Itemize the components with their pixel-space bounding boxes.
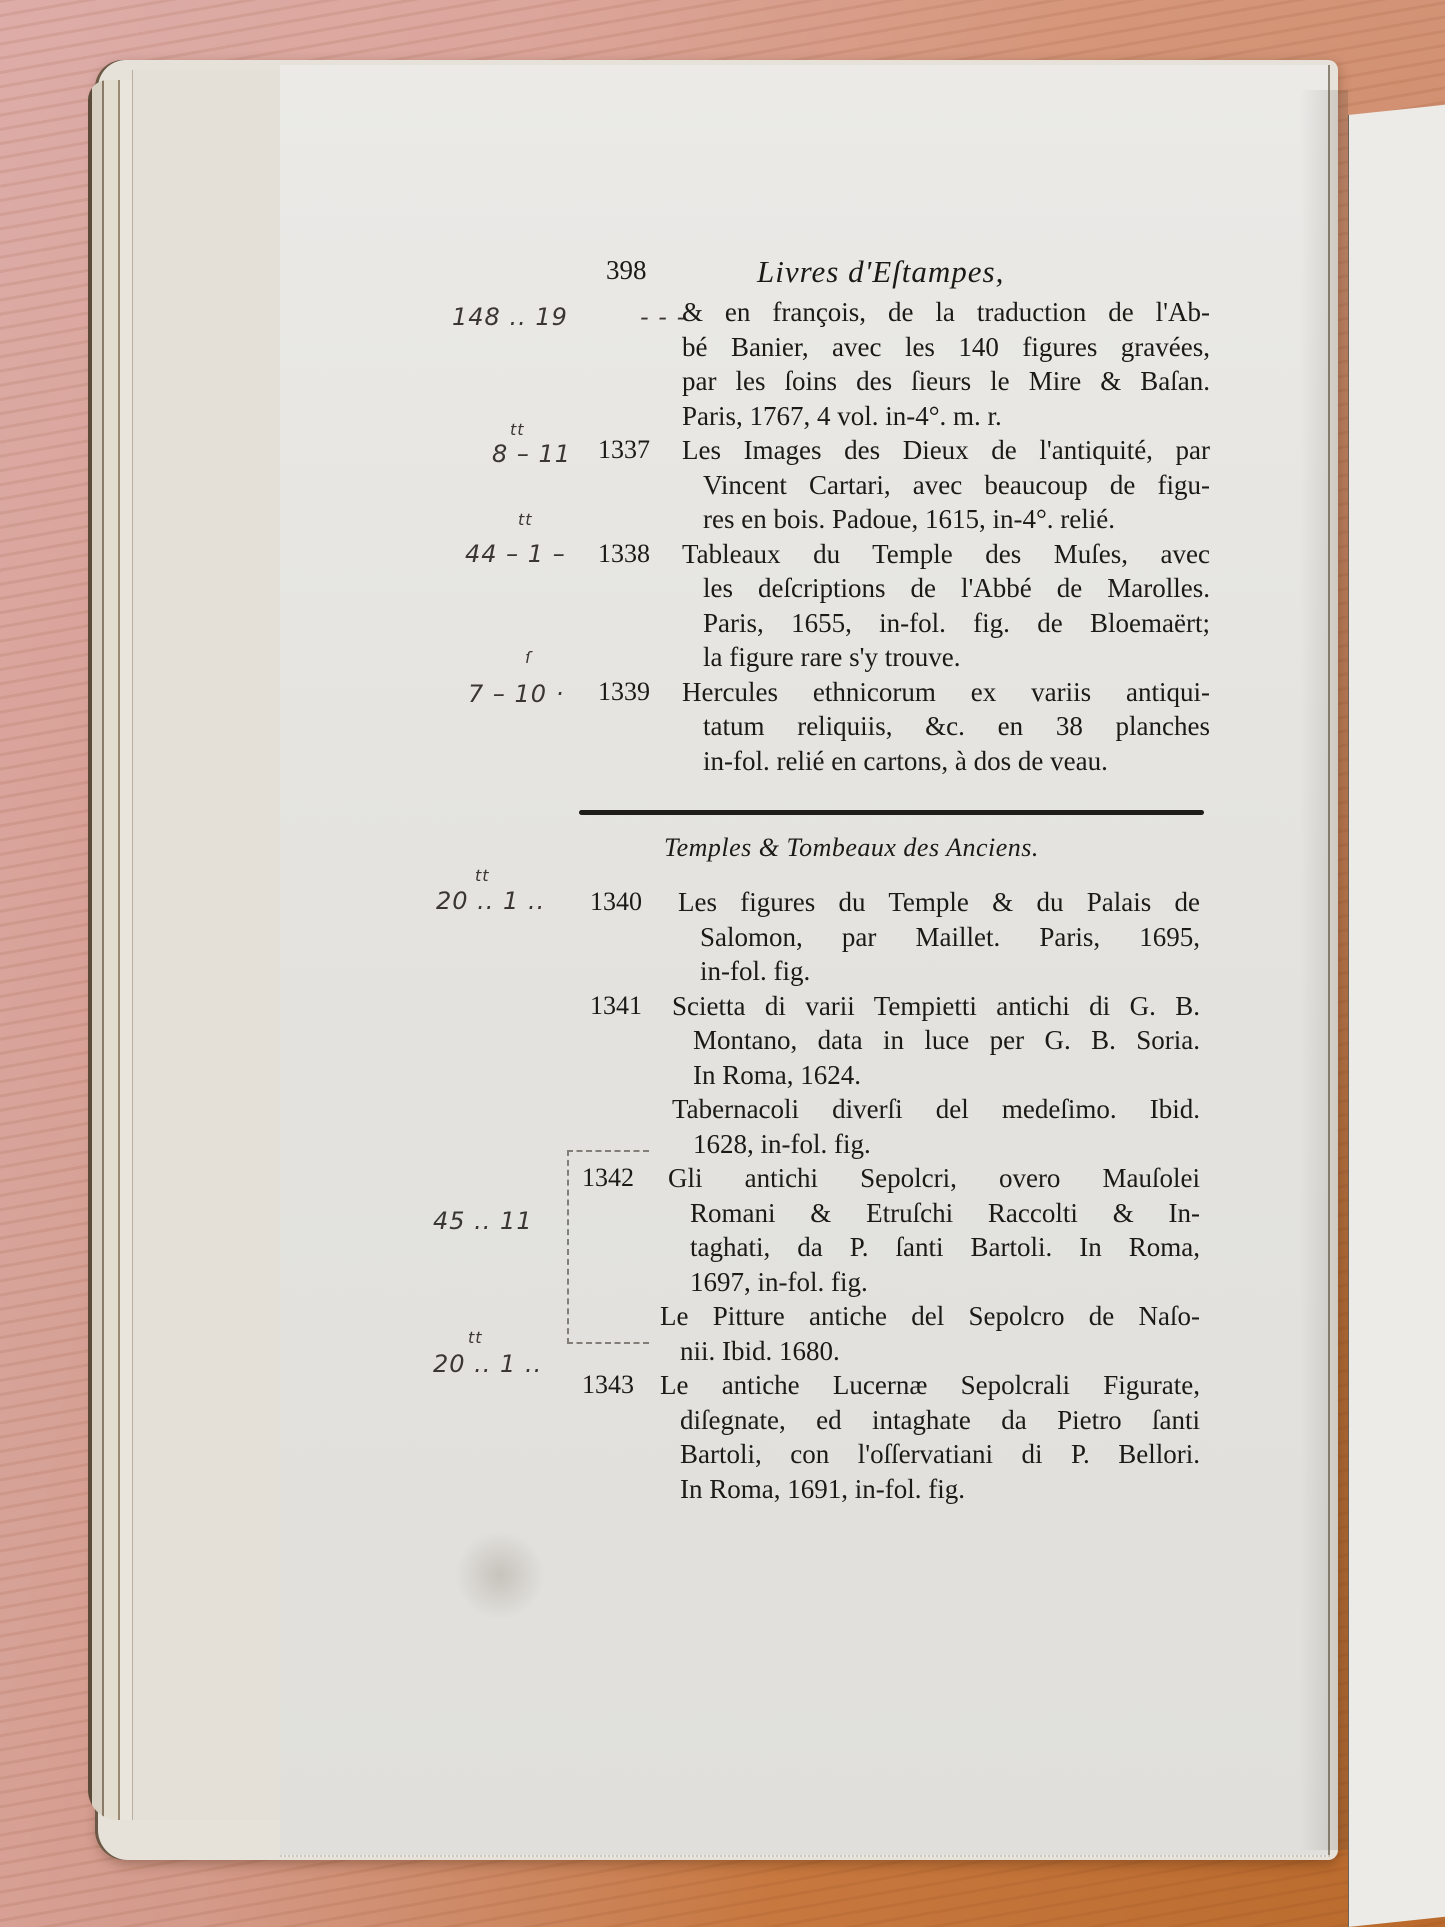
livre-sign: tt xyxy=(468,1328,483,1347)
entry-number: 1341 xyxy=(590,989,642,1024)
text-block-top: 398 Livres d'Eſtampes, & en françois, de… xyxy=(570,255,1210,778)
text-block-bottom: 1340 Les figures du Temple & du Palais d… xyxy=(560,885,1200,1506)
entry-line: par les ſoins des ſieurs le Mire & Baſan… xyxy=(682,364,1210,399)
margin-note: 7 – 10 · xyxy=(468,680,564,708)
catalog-entry: 1342 Gli antichi Sepolcri, overo Mauſole… xyxy=(560,1161,1200,1368)
entry-line: Les figures du Temple & du Palais de xyxy=(560,885,1200,920)
entry-line: In Roma, 1624. xyxy=(560,1058,1200,1093)
catalog-entry: & en françois, de la traduction de l'Ab-… xyxy=(570,295,1210,433)
entry-line: Montano, data in luce per G. B. Soria. xyxy=(560,1023,1200,1058)
margin-note: 44 – 1 – xyxy=(465,540,566,568)
entry-line: la figure rare s'y trouve. xyxy=(570,640,1210,675)
entry-number: 1343 xyxy=(582,1368,634,1403)
entry-number: 1340 xyxy=(590,885,642,920)
livre-sign: tt xyxy=(475,866,490,885)
entry-line: in-fol. fig. xyxy=(560,954,1200,989)
margin-note: 20 .. 1 .. xyxy=(433,1350,542,1378)
entry-number: 1338 xyxy=(598,537,650,572)
running-title: Livres d'Eſtampes, xyxy=(757,255,1004,290)
entry-line: 1697, in-fol. fig. xyxy=(560,1265,1200,1300)
catalog-entry: 1340 Les figures du Temple & du Palais d… xyxy=(560,885,1200,989)
sub-item-line: 1628, in-fol. fig. xyxy=(560,1127,1200,1162)
entry-line: & en françois, de la traduction de l'Ab- xyxy=(682,295,1210,330)
entry-line: Paris, 1767, 4 vol. in-4°. m. r. xyxy=(682,399,1210,434)
entry-line: les deſcriptions de l'Abbé de Marolles. xyxy=(570,571,1210,606)
margin-note: 8 – 11 xyxy=(492,440,571,468)
margin-note: 45 .. 11 xyxy=(433,1207,533,1235)
sol-sign: ſ xyxy=(525,648,532,667)
entry-line: Vincent Cartari, avec beaucoup de figu- xyxy=(570,468,1210,503)
catalog-entry: 1337 Les Images des Dieux de l'antiquité… xyxy=(570,433,1210,537)
catalog-entry: 1343 Le antiche Lucernæ Sepolcrali Figur… xyxy=(560,1368,1200,1506)
margin-note: 20 .. 1 .. xyxy=(436,887,545,915)
sub-item-line: Le Pitture antiche del Sepolcro de Naſo- xyxy=(560,1299,1200,1334)
entry-line: Le antiche Lucernæ Sepolcrali Figurate, xyxy=(560,1368,1200,1403)
page-number: 398 xyxy=(606,253,647,288)
livre-sign: tt xyxy=(518,510,533,529)
entry-line: taghati, da P. ſanti Bartoli. In Roma, xyxy=(560,1230,1200,1265)
sub-item-line: Tabernacoli diverſi del medeſimo. Ibid. xyxy=(560,1092,1200,1127)
entry-line: Scietta di varii Tempietti antichi di G.… xyxy=(560,989,1200,1024)
book-back-leaf xyxy=(132,70,283,1820)
gutter-shadow xyxy=(1300,90,1348,1850)
catalog-entry: 1339 Hercules ethnicorum ex variis antiq… xyxy=(570,675,1210,779)
entry-line: In Roma, 1691, in-fol. fig. xyxy=(560,1472,1200,1507)
entry-line: Romani & Etruſchi Raccolti & In- xyxy=(560,1196,1200,1231)
catalog-entry: 1338 Tableaux du Temple des Muſes, avec … xyxy=(570,537,1210,675)
entry-line: Gli antichi Sepolcri, overo Mauſolei xyxy=(560,1161,1200,1196)
catalog-entry: 1341 Scietta di varii Tempietti antichi … xyxy=(560,989,1200,1162)
entry-line: tatum reliquiis, &c. en 38 planches xyxy=(570,709,1210,744)
livre-sign: tt xyxy=(510,420,525,439)
entry-number: 1339 xyxy=(598,675,650,710)
section-heading: Temples & Tombeaux des Anciens. xyxy=(664,833,1039,863)
facing-page xyxy=(1348,105,1445,1927)
entry-line: Bartoli, con l'oſſervatiani di P. Bellor… xyxy=(560,1437,1200,1472)
section-rule xyxy=(579,810,1204,815)
entry-line: Salomon, par Maillet. Paris, 1695, xyxy=(560,920,1200,955)
book-fore-edge xyxy=(88,80,136,1820)
entry-number: 1342 xyxy=(582,1161,634,1196)
sub-item-line: nii. Ibid. 1680. xyxy=(560,1334,1200,1369)
entry-line: in-fol. relié en cartons, à dos de veau. xyxy=(570,744,1210,779)
margin-note: 148 .. 19 xyxy=(452,303,568,331)
entry-line: Les Images des Dieux de l'antiquité, par xyxy=(570,433,1210,468)
entry-number: 1337 xyxy=(598,433,650,468)
entry-line: Tableaux du Temple des Muſes, avec xyxy=(570,537,1210,572)
running-head: 398 Livres d'Eſtampes, xyxy=(570,255,1210,295)
entry-line: Paris, 1655, in-fol. fig. de Bloemaërt; xyxy=(570,606,1210,641)
entry-line: Hercules ethnicorum ex variis antiqui- xyxy=(570,675,1210,710)
entry-line: diſegnate, ed intaghate da Pietro ſanti xyxy=(560,1403,1200,1438)
entry-line: bé Banier, avec les 140 figures gravées, xyxy=(682,330,1210,365)
entry-line: res en bois. Padoue, 1615, in-4°. relié. xyxy=(570,502,1210,537)
paper-stain xyxy=(455,1530,545,1620)
